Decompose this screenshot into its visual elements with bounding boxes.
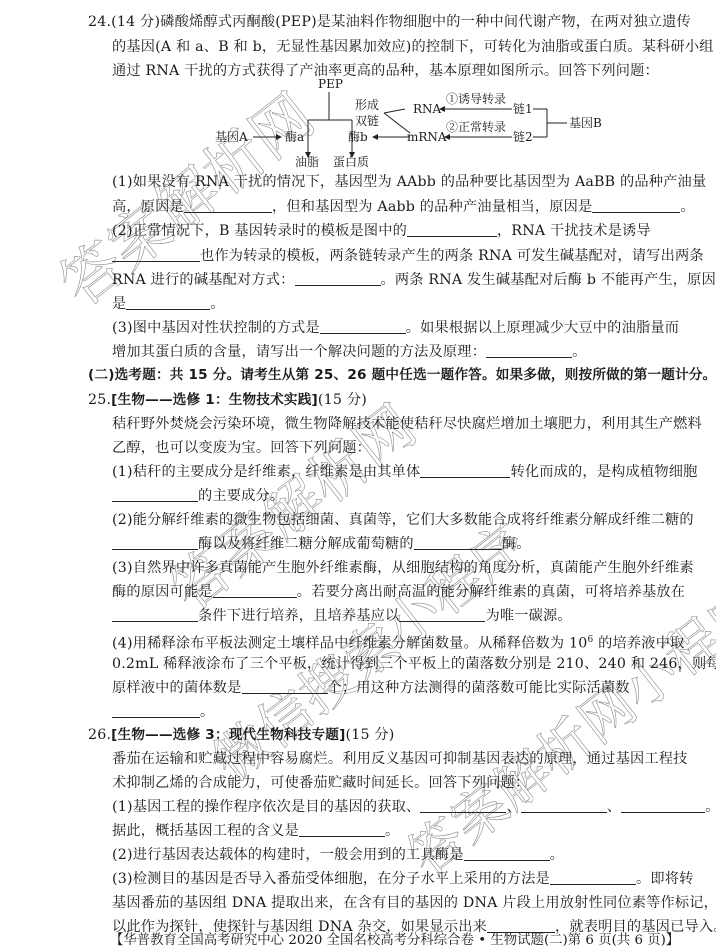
mrna-label: mRNA <box>407 130 447 144</box>
answer-blank[interactable] <box>126 295 210 310</box>
answer-blank[interactable] <box>295 271 381 286</box>
exam-page: 24.(14 分)磷酸烯醇式丙酮酸(PEP)是某油料作物细胞中的一种中间代谢产物… <box>0 0 716 952</box>
text: ，RNA 干扰技术是诱导 <box>497 223 651 239</box>
text: 、 <box>506 799 520 815</box>
text: (2)进行基因表达载体的构建时，一般会用到的工具酶是 <box>112 847 464 863</box>
text: 酶的原因可能是 <box>112 584 213 600</box>
text: ，但和基因型为 Aabb 的品种产油量相当，原因是 <box>272 199 592 215</box>
q25-p4-line-4: 。 <box>112 702 214 722</box>
q26-intro-line-1: 番茄在运输和贮藏过程中容易腐烂。利用反义基因可抑制基因表达的原理，通过基因工程技 <box>112 749 688 769</box>
q26-intro-line-2: 术抑制乙烯的合成能力，可使番茄贮藏时间延长。回答下列问题： <box>112 773 529 793</box>
answer-blank[interactable] <box>184 198 272 213</box>
answer-blank[interactable] <box>420 463 510 478</box>
chain-1-label: 链1 <box>513 102 533 116</box>
text: 增加其蛋白质的含量，请写出一个解决问题的方法及原理： <box>112 344 486 360</box>
q25-p3-line-3: 条件下进行培养，且培养基应以为唯一碳源。 <box>112 606 572 626</box>
q25-p3-line-1: (3)自然界中许多真菌能产生胞外纤维素酶，从细胞结构的角度分析，真菌能产生胞外纤… <box>112 558 694 578</box>
text: 。 <box>572 344 586 360</box>
text: (1)秸秆的主要成分是纤维素，纤维素是由其单体 <box>112 464 420 480</box>
q26-p1-line-2: 据此，概括基因工程的含义是。 <box>112 821 399 841</box>
text: RNA 进行的碱基配对方式： <box>112 272 295 288</box>
text: (3)图中基因对性状控制的方式是 <box>112 320 320 336</box>
q25-p2-line-1: (2)能分解纤维素的微生物包括细菌、真菌等，它们大多数能合成将纤维素分解成纤维二… <box>112 510 694 530</box>
answer-blank[interactable] <box>414 535 502 550</box>
gene-a-label: 基因A <box>215 130 248 144</box>
answer-blank[interactable] <box>112 247 200 262</box>
q24-p3-line-2: 增加其蛋白质的含量，请写出一个解决问题的方法及原理：。 <box>112 342 586 362</box>
q25-number: 25. <box>88 392 111 408</box>
protein-label: 蛋白质 <box>333 155 369 169</box>
q25-intro-line-2: 乙醇，也可以变废为宝。回答下列问题： <box>112 438 371 458</box>
text: (2)正常情况下，B 基因转录时的模板是图中的 <box>112 223 407 239</box>
answer-blank[interactable] <box>112 535 198 550</box>
gene-b-label: 基因B <box>569 116 602 130</box>
oil-label: 油脂 <box>295 155 319 169</box>
q26-p2-line-1: (2)进行基因表达载体的构建时，一般会用到的工具酶是。 <box>112 845 564 865</box>
text: 转化而成的，是构成植物细胞 <box>510 464 697 480</box>
q24-p1-line-2: 高，原因是，但和基因型为 Aabb 的品种产油量相当，原因是。 <box>112 197 695 217</box>
q26-p3-line-1: (3)检测目的基因是否导入番茄受体细胞，在分子水平上采用的方法是。即将转 <box>112 869 694 889</box>
answer-blank[interactable] <box>420 798 506 813</box>
text: 。 <box>210 296 224 312</box>
enzyme-b-label: 酶b <box>348 130 368 144</box>
q26-number: 26. <box>88 727 111 743</box>
answer-blank[interactable] <box>399 607 485 622</box>
q25-score: (15 分) <box>318 392 367 408</box>
q24-line-1: 24.(14 分)磷酸烯醇式丙酮酸(PEP)是某油料作物细胞中的一种中间代谢产物… <box>88 12 691 32</box>
text: 。 <box>200 704 214 720</box>
q25-intro-line-1: 秸秆野外焚烧会污染环境，微生物降解技术能使秸秆尽快腐烂增加土壤肥力，利用其生产燃… <box>112 414 702 434</box>
answer-blank[interactable] <box>299 822 385 837</box>
q26-p1-line-1: (1)基因工程的操作程序依次是目的基因的获取、、、。 <box>112 797 716 817</box>
q25-p1-line-2: 的主要成分。 <box>112 486 284 506</box>
answer-blank[interactable] <box>320 319 406 334</box>
text: 条件下进行培养，且培养基应以 <box>198 608 399 624</box>
text: 高，原因是 <box>112 199 184 215</box>
enzyme-a-label: 酶a <box>285 130 304 144</box>
text: 。 <box>550 847 564 863</box>
q25-p2-line-2: 酶以及将纤维二糖分解成葡萄糖的酶。 <box>112 534 531 554</box>
pep-label: PEP <box>318 77 343 91</box>
q25-p3-line-2: 酶的原因可能是。若要分离出耐高温的能分解纤维素的真菌，可将培养基放在 <box>112 582 685 602</box>
answer-blank[interactable] <box>621 798 705 813</box>
q25-p4-line-2: 0.2mL 稀释液涂布了三个平板，统计得到三个平板上的菌落数分别是 210、24… <box>112 654 716 674</box>
q25-title: 25.[生物——选修 1：生物技术实践](15 分) <box>88 390 367 410</box>
text: 个；用这种方法测得的菌落数可能比实际活菌数 <box>328 680 630 696</box>
q24-p3-line-1: (3)图中基因对性状控制的方式是。如果根据以上原理减少大豆中的油脂量而 <box>112 318 679 338</box>
text: 酶。 <box>502 536 531 552</box>
text: 。即将转 <box>636 871 694 887</box>
answer-blank[interactable] <box>521 798 607 813</box>
double-strand-label-1: 形成 <box>355 98 379 112</box>
q25-p4-line-3: 原样液中的菌体数是个；用这种方法测得的菌落数可能比实际活菌数 <box>112 678 630 698</box>
text: 是 <box>112 296 126 312</box>
answer-blank[interactable] <box>112 607 198 622</box>
q26-title: 26.[生物——选修 3：现代生物科技专题](15 分) <box>88 725 395 745</box>
text: 。如果根据以上原理减少大豆中的油脂量而 <box>406 320 679 336</box>
text: 。 <box>680 199 694 215</box>
text: 。若要分离出耐高温的能分解纤维素的真菌，可将培养基放在 <box>297 584 685 600</box>
diagram-arrows <box>195 75 615 170</box>
double-strand-label-2: 双链 <box>355 114 379 128</box>
q25-p4-line-1: (4)用稀释涂布平板法测定土壤样品中纤维素分解菌数量。从稀释倍数为 106 的培… <box>112 630 684 654</box>
text: (1)基因工程的操作程序依次是目的基因的获取、 <box>112 799 420 815</box>
q24-p2-line-1: (2)正常情况下，B 基因转录时的模板是图中的，RNA 干扰技术是诱导 <box>112 221 651 241</box>
induced-transcription-label: ①诱导转录 <box>446 92 506 106</box>
answer-blank[interactable] <box>407 222 497 237</box>
text: 为唯一碳源。 <box>485 608 571 624</box>
text: 原样液中的菌体数是 <box>112 680 242 696</box>
text: (3)检测目的基因是否导入番茄受体细胞，在分子水平上采用的方法是 <box>112 871 550 887</box>
q24-p2-line-3: RNA 进行的碱基配对方式：。两条 RNA 发生碱基配对后酶 b 不能再产生，原… <box>112 270 716 290</box>
q25-p1-line-1: (1)秸秆的主要成分是纤维素，纤维素是由其单体转化而成的，是构成植物细胞 <box>112 462 698 482</box>
text: 。两条 RNA 发生碱基配对后酶 b 不能再产生，原因 <box>381 272 716 288</box>
page-footer: 【华普教育全国高考研究中心 2020 全国名校高考分科综合卷 • 生物试题(二)… <box>110 929 679 948</box>
text: 。 <box>385 823 399 839</box>
rna-label: RNA <box>413 102 441 116</box>
rna-interference-diagram: PEP 基因A 酶a 油脂 蛋白质 酶b mRNA RNA 形成 双链 ①诱导转… <box>195 75 615 170</box>
text: 也作为转录的模板，两条链转录产生的两条 RNA 可发生碱基配对，请写出两条 <box>200 248 704 264</box>
q26-score: (15 分) <box>346 727 395 743</box>
q26-p3-line-2: 基因番茄的基因组 DNA 提取出来，在含有目的基因的 DNA 片段上用放射性同位… <box>112 893 716 913</box>
text: 、 <box>607 799 621 815</box>
answer-blank[interactable] <box>112 487 198 502</box>
answer-blank[interactable] <box>486 343 572 358</box>
q26-title-bold: [生物——选修 3：现代生物科技专题] <box>111 727 345 743</box>
text: 的主要成分。 <box>198 488 284 504</box>
text: 酶以及将纤维二糖分解成葡萄糖的 <box>198 536 414 552</box>
answer-blank[interactable] <box>242 679 328 694</box>
text: 据此，概括基因工程的含义是 <box>112 823 299 839</box>
answer-blank[interactable] <box>112 703 200 718</box>
q25-title-bold: [生物——选修 1：生物技术实践] <box>111 392 318 408</box>
normal-transcription-label: ②正常转录 <box>446 120 506 134</box>
text: (4)用稀释涂布平板法测定土壤样品中纤维素分解菌数量。从稀释倍数为 10 <box>112 636 588 652</box>
chain-2-label: 链2 <box>513 130 533 144</box>
answer-blank[interactable] <box>550 870 636 885</box>
q24-line-2: 的基因(A 和 a、B 和 b，无显性基因累加效应)的控制下，可转化为油脂或蛋白… <box>112 37 714 57</box>
text: 的培养液中取 <box>593 636 684 652</box>
q24-p1-line-1: (1)如果没有 RNA 干扰的情况下，基因型为 AAbb 的品种要比基因型为 A… <box>112 172 706 192</box>
text: 。 <box>705 799 716 815</box>
answer-blank[interactable] <box>592 198 680 213</box>
answer-blank[interactable] <box>213 583 297 598</box>
q24-p2-line-2: 也作为转录的模板，两条链转录产生的两条 RNA 可发生碱基配对，请写出两条 <box>112 246 704 266</box>
answer-blank[interactable] <box>464 846 550 861</box>
q24-p2-line-4: 是。 <box>112 294 225 314</box>
section-2-header: (二)选考题：共 15 分。请考生从第 25、26 题中任选一题作答。如果多做，… <box>88 365 716 385</box>
